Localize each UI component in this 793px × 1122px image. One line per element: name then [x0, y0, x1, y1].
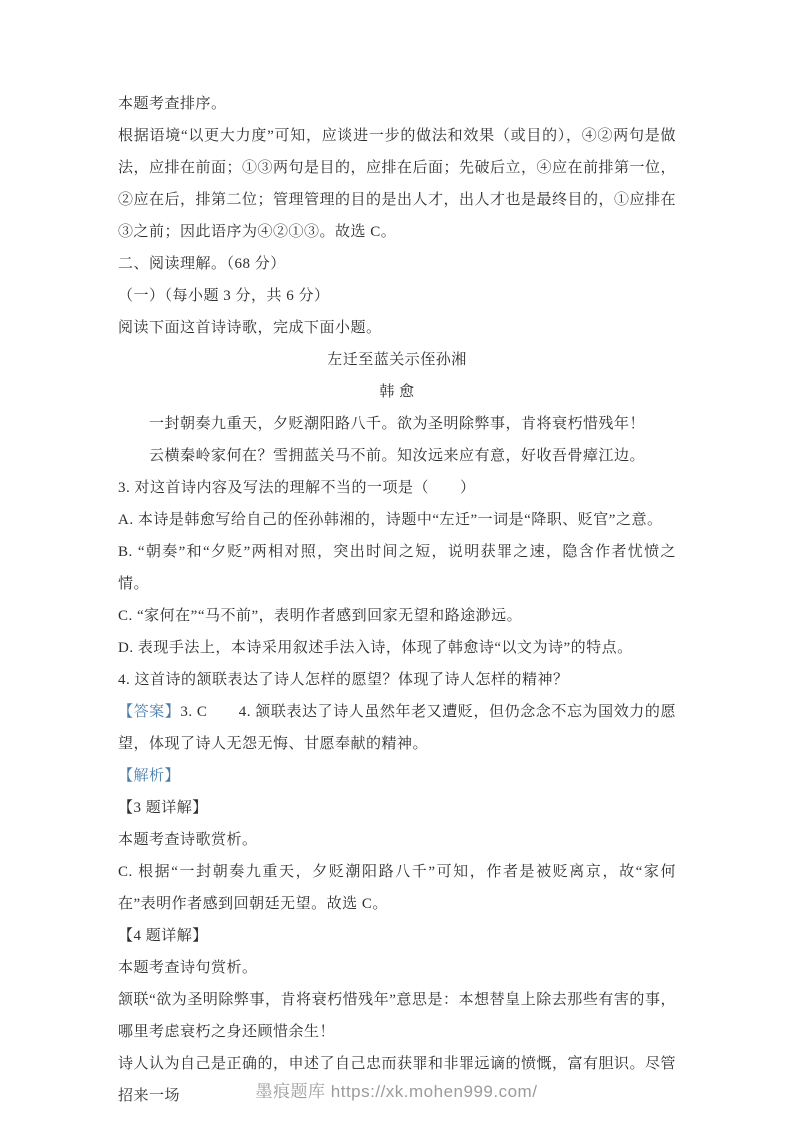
poem-line-2: 云横秦岭家何在？雪拥蓝关马不前。知汝远来应有意，好收吾骨瘴江边。	[118, 440, 676, 472]
q4-detail-body-1: 颔联“欲为圣明除弊事，肯将衰朽惜残年”意思是：本想替皇上除去那些有害的事，哪里考…	[118, 984, 676, 1048]
section-heading: 二、阅读理解。（68 分）	[118, 248, 676, 280]
q4-detail-header: 【4 题详解】	[118, 920, 676, 952]
poem-title: 左迁至蓝关示侄孙湘	[118, 344, 676, 376]
question-3-option-b: B. “朝奏”和“夕贬”两相对照，突出时间之短，说明获罪之速，隐含作者忧愤之情。	[118, 536, 676, 600]
reading-instruction: 阅读下面这首诗诗歌，完成下面小题。	[118, 312, 676, 344]
poem-line-1: 一封朝奏九重天，夕贬潮阳路八千。欲为圣明除弊事，肯将衰朽惜残年！	[118, 408, 676, 440]
analysis-label: 【解析】	[118, 760, 676, 792]
question-3-stem: 3. 对这首诗内容及写法的理解不当的一项是（ ）	[118, 472, 676, 504]
q3-detail-body: C. 根据“一封朝奏九重天，夕贬潮阳路八千”可知，作者是被贬离京，故“家何在”表…	[118, 856, 676, 920]
answer-label: 【答案】	[118, 704, 180, 720]
prev-answer-body: 根据语境“以更大力度”可知，应谈进一步的做法和效果（或目的），④②两句是做法，应…	[118, 120, 676, 248]
q4-detail-intro: 本题考查诗句赏析。	[118, 952, 676, 984]
answer-paragraph: 【答案】3. C 4. 颔联表达了诗人虽然年老又遭贬，但仍念念不忘为国效力的愿望…	[118, 696, 676, 760]
document-content: 本题考查排序。 根据语境“以更大力度”可知，应谈进一步的做法和效果（或目的），④…	[118, 88, 676, 1112]
question-3-option-d: D. 表现手法上，本诗采用叙述手法入诗，体现了韩愈诗“以文为诗”的特点。	[118, 632, 676, 664]
footer-watermark: 墨痕题库 https://xk.mohen999.com/	[0, 1077, 793, 1102]
answer-text: 3. C 4. 颔联表达了诗人虽然年老又遭贬，但仍念念不忘为国效力的愿望，体现了…	[118, 704, 676, 752]
question-3-option-c: C. “家何在”“马不前”，表明作者感到回家无望和路途渺远。	[118, 600, 676, 632]
q3-detail-intro: 本题考查诗歌赏析。	[118, 824, 676, 856]
section-subheading: （一）（每小题 3 分，共 6 分）	[118, 280, 676, 312]
document-page: 本题考查排序。 根据语境“以更大力度”可知，应谈进一步的做法和效果（或目的），④…	[0, 0, 793, 1122]
q3-detail-header: 【3 题详解】	[118, 792, 676, 824]
question-4-stem: 4. 这首诗的颔联表达了诗人怎样的愿望？体现了诗人怎样的精神？	[118, 664, 676, 696]
prev-answer-intro: 本题考查排序。	[118, 88, 676, 120]
poem-author: 韩 愈	[118, 376, 676, 408]
question-3-option-a: A. 本诗是韩愈写给自己的侄孙韩湘的，诗题中“左迁”一词是“降职、贬官”之意。	[118, 504, 676, 536]
